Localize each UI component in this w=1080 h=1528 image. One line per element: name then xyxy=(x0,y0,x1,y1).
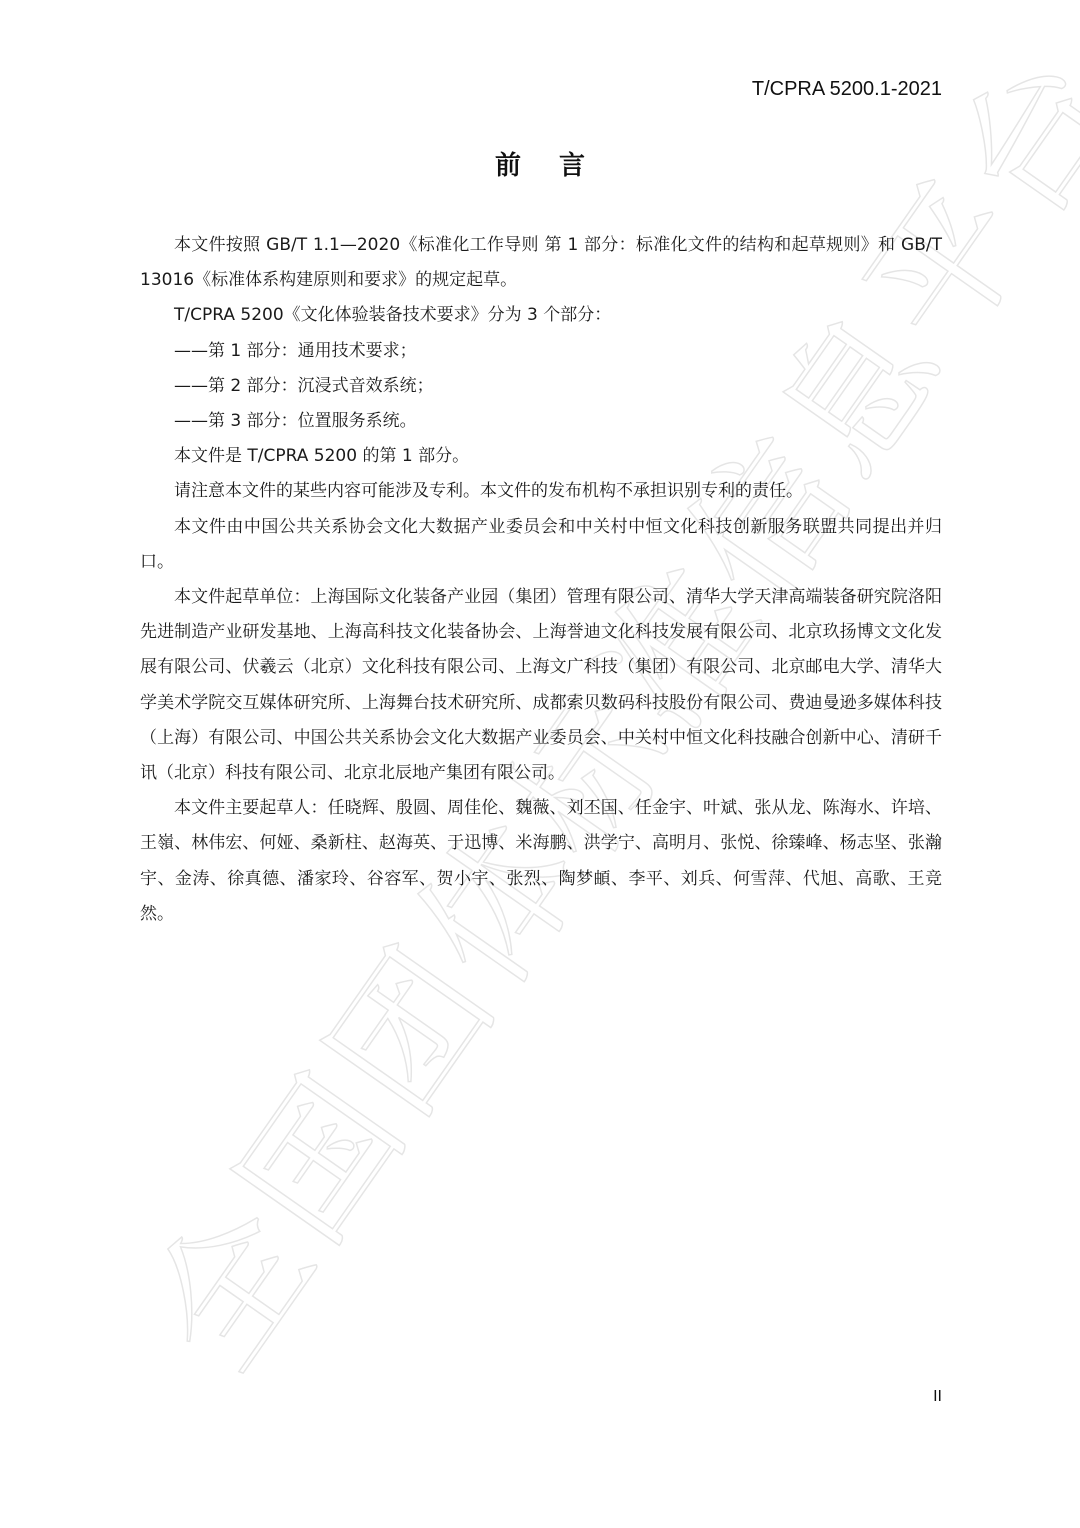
list-item-part-2: ——第 2 部分：沉浸式音效系统； xyxy=(140,369,942,404)
paragraph-drafters: 本文件主要起草人：任晓辉、殷圆、周佳伦、魏薇、刘丕国、任金宇、叶斌、张从龙、陈海… xyxy=(140,791,942,932)
paragraph-proposer: 本文件由中国公共关系协会文化大数据产业委员会和中关村中恒文化科技创新服务联盟共同… xyxy=(140,510,942,580)
page-title: 前言 xyxy=(0,145,1080,182)
paragraph-parts-intro: T/CPRA 5200《文化体验装备技术要求》分为 3 个部分： xyxy=(140,298,942,333)
paragraph-drafting-units: 本文件起草单位：上海国际文化装备产业园（集团）管理有限公司、清华大学天津高端装备… xyxy=(140,580,942,791)
paragraph-drafting-rules: 本文件按照 GB/T 1.1—2020《标准化工作导则 第 1 部分：标准化文件… xyxy=(140,228,942,298)
paragraph-part-statement: 本文件是 T/CPRA 5200 的第 1 部分。 xyxy=(140,439,942,474)
list-item-part-1: ——第 1 部分：通用技术要求； xyxy=(140,334,942,369)
document-code: T/CPRA 5200.1-2021 xyxy=(752,78,942,101)
page-number: II xyxy=(933,1388,942,1406)
paragraph-patent-notice: 请注意本文件的某些内容可能涉及专利。本文件的发布机构不承担识别专利的责任。 xyxy=(140,474,942,509)
list-item-part-3: ——第 3 部分：位置服务系统。 xyxy=(140,404,942,439)
document-body: 本文件按照 GB/T 1.1—2020《标准化工作导则 第 1 部分：标准化文件… xyxy=(140,228,942,932)
